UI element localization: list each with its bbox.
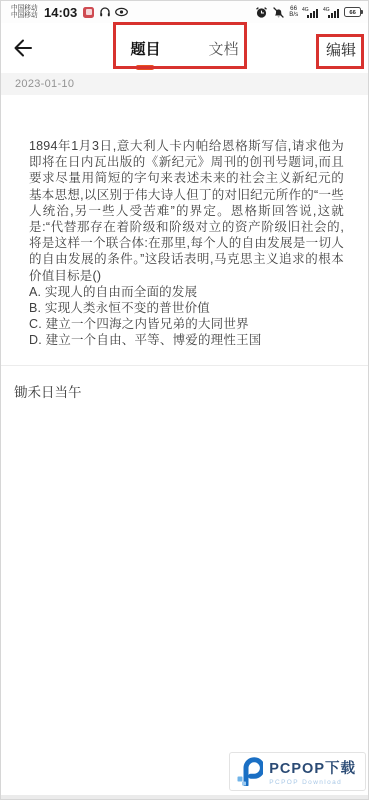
notification-app-icon: [83, 7, 94, 18]
watermark-subtitle: PCPOP Download: [269, 779, 356, 786]
question-text: 1894年1月3日,意大利人卡内帕给恩格斯写信,请求他为即将在日内瓦出版的《新纪…: [29, 138, 344, 284]
carrier-line-1: 中国移动: [11, 5, 38, 12]
note-text: 锄禾日当午: [1, 366, 368, 401]
option-b[interactable]: B. 实现人类永恒不变的普世价值: [29, 300, 344, 316]
svg-text:4G: 4G: [323, 7, 330, 13]
pcpop-logo-icon: [236, 757, 263, 786]
carrier-labels: 中国移动 中国移动: [11, 5, 39, 20]
screenshot-bottom-strip: [1, 795, 368, 799]
mute-bell-icon: [272, 6, 285, 19]
alarm-icon: [255, 6, 268, 19]
headset-icon: [99, 6, 111, 18]
battery-level: 66: [349, 9, 356, 15]
date-row: 2023-01-10: [1, 73, 368, 95]
network-speed-unit: B/s: [289, 12, 298, 18]
tab-question-label: 题目: [130, 41, 160, 58]
option-d[interactable]: D. 建立一个自由、平等、博爱的理性王国: [29, 332, 344, 348]
active-tab-indicator: [136, 65, 155, 70]
carrier-line-2: 中国移动: [11, 12, 38, 19]
edit-button[interactable]: 编辑: [326, 39, 356, 60]
option-c[interactable]: C. 建立一个四海之内皆兄弟的大同世界: [29, 316, 344, 332]
svg-text:4G: 4G: [302, 7, 309, 13]
tab-bar: 题目 文档: [1, 23, 368, 73]
nav-bar: 题目 文档 编辑: [1, 23, 368, 73]
app-screen: 中国移动 中国移动 14:03 66: [0, 0, 369, 800]
status-bar: 中国移动 中国移动 14:03 66: [1, 1, 368, 23]
signal-icon-sim2: 4G: [323, 6, 340, 19]
option-a[interactable]: A. 实现人的自由而全面的发展: [29, 284, 344, 300]
network-speed: 66 B/s: [289, 6, 298, 19]
tab-question[interactable]: 题目: [130, 34, 160, 63]
battery-icon: 66: [344, 7, 361, 17]
watermark-badge: PCPOP下载 PCPOP Download: [229, 752, 366, 791]
status-right-cluster: 66 B/s 4G 4G 66: [255, 6, 361, 19]
tab-document-label: 文档: [209, 41, 239, 58]
eye-icon: [114, 6, 129, 18]
tab-document[interactable]: 文档: [209, 34, 239, 63]
content-card: 1894年1月3日,意大利人卡内帕给恩格斯写信,请求他为即将在日内瓦出版的《新纪…: [1, 95, 368, 401]
date-label: 2023-01-10: [15, 78, 74, 90]
watermark-text: PCPOP下载 PCPOP Download: [269, 757, 356, 786]
question-block: 1894年1月3日,意大利人卡内帕给恩格斯写信,请求他为即将在日内瓦出版的《新纪…: [1, 95, 368, 365]
watermark-title: PCPOP下载: [269, 757, 356, 778]
clock-time: 14:03: [44, 5, 77, 20]
signal-icon-sim1: 4G: [302, 6, 319, 19]
